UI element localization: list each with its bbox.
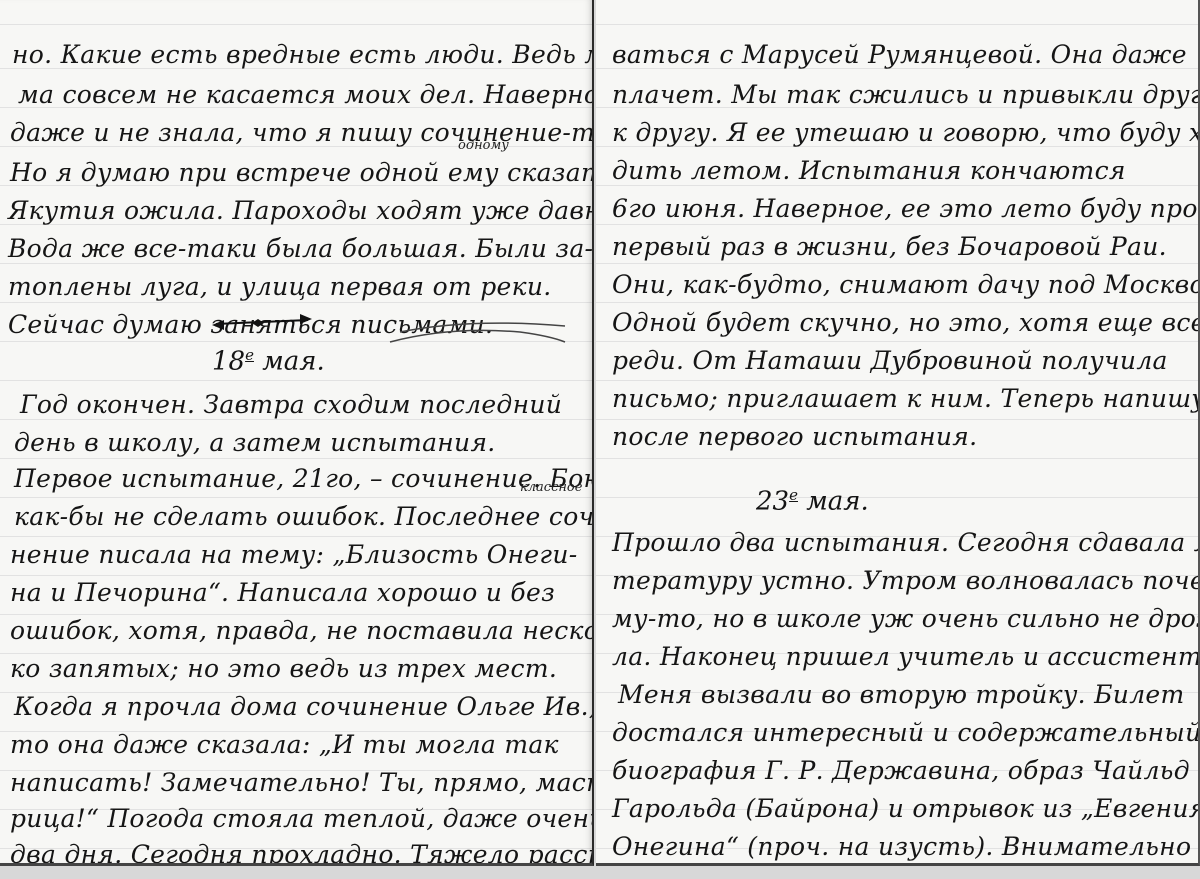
left-entry-line-1: Год окончен. Завтра сходим последний: [20, 392, 562, 417]
left-line-4: Но я думаю при встрече одной ему сказать…: [10, 160, 594, 185]
right-entry-line-5: Меня вызвали во вторую тройку. Билет: [618, 682, 1185, 707]
left-entry-line-5: нение писала на тему: „Близость Онеги-: [10, 542, 578, 567]
right-line-7: Они, как-будто, снимают дачу под Москвой…: [612, 272, 1200, 297]
right-entry-line-7: биография Г. Р. Державина, образ Чайльд: [612, 758, 1190, 783]
arrow-divider-icon: [212, 314, 312, 334]
entry-date-18-may: 18е мая.: [212, 346, 325, 377]
right-line-1: ваться с Марусей Румянцевой. Она даже: [612, 42, 1187, 67]
right-line-9: реди. От Наташи Дубровиной получила: [612, 348, 1168, 373]
right-line-2: плачет. Мы так сжились и привыкли друг: [612, 82, 1200, 107]
right-entry-line-3: му-то, но в школе уж очень сильно не дро…: [612, 606, 1200, 631]
left-entry-line-8: ко запятых; но это ведь из трех мест.: [10, 656, 557, 681]
left-entry-line-2: день в школу, а затем испытания.: [14, 430, 496, 455]
right-entry-line-8: Гарольда (Байрона) и отрывок из „Евгения: [612, 796, 1200, 821]
right-line-4: дить летом. Испытания кончаются: [612, 158, 1126, 183]
diary-spread: но. Какие есть вредные есть люди. Ведь м…: [0, 0, 1200, 879]
right-line-3: к другу. Я ее утешаю и говорю, что буду …: [612, 120, 1200, 145]
right-entry-line-1: Прошло два испытания. Сегодня сдавала ли…: [612, 530, 1200, 555]
right-line-10: письмо; приглашает к ним. Теперь напишу: [612, 386, 1200, 411]
left-entry-line-9: Когда я прочла дома сочинение Ольге Ив.,: [14, 694, 594, 719]
left-page: но. Какие есть вредные есть люди. Ведь м…: [0, 0, 594, 866]
entry-date-23-may: 23е мая.: [756, 486, 869, 517]
left-entry-line-12: рица!“ Погода стояла теплой, даже очень,: [10, 806, 594, 831]
right-entry-line-6: достался интересный и содержательный:: [612, 720, 1200, 745]
left-entry-line-4: как-бы не сделать ошибок. Последнее сочи…: [14, 504, 594, 529]
right-line-6: первый раз в жизни, без Бочаровой Раи.: [612, 234, 1167, 259]
left-line-7: топлены луга, и улица первая от реки.: [8, 274, 552, 299]
right-line-11: после первого испытания.: [612, 424, 977, 449]
left-line-6: Вода же все-таки была большая. Были за-: [8, 236, 593, 261]
right-entry-line-9: Онегина“ (проч. на изусть). Внимательно …: [612, 834, 1200, 859]
swash-divider-icon: [370, 312, 570, 352]
left-line-2: ма совсем не касается моих дел. Наверное: [18, 82, 594, 107]
left-entry-line-6: на и Печорина“. Написала хорошо и без: [10, 580, 555, 605]
left-entry-line-11: написать! Замечательно! Ты, прямо, масте…: [10, 770, 594, 795]
left-line-5: Якутия ожила. Пароходы ходят уже давно.: [8, 198, 594, 223]
left-entry-line-3: Первое испытание, 21го, – сочинение. Бою…: [14, 466, 594, 491]
right-entry-line-2: тературу устно. Утром волновалась поче-: [612, 568, 1200, 593]
left-entry-line-10: то она даже сказала: „И ты могла так: [10, 732, 559, 757]
left-line-3: даже и не знала, что я пишу сочинение-то…: [10, 120, 594, 145]
right-line-5: 6го июня. Наверное, ее это лето буду про…: [612, 196, 1200, 221]
left-entry-line-13: два дня. Сегодня прохладно. Тяжело расст…: [10, 842, 594, 866]
right-entry-line-4: ла. Наконец пришел учитель и ассистент.: [612, 644, 1200, 669]
right-page: ваться с Марусей Румянцевой. Она даже пл…: [596, 0, 1200, 866]
insertion-above-2: классное: [520, 480, 582, 495]
left-line-1: но. Какие есть вредные есть люди. Ведь м…: [12, 42, 594, 67]
left-entry-line-7: ошибок, хотя, правда, не поставила неско…: [10, 618, 594, 643]
right-line-8: Одной будет скучно, но это, хотя еще все…: [612, 310, 1200, 335]
